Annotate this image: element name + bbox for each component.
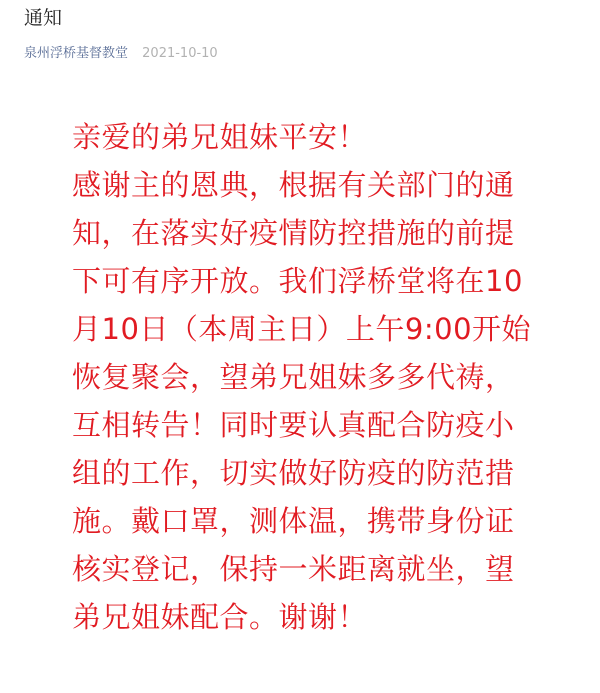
body-line: 下可有序开放。我们浮桥堂将在10 [72, 257, 542, 305]
body-line: 弟兄姐妹配合。谢谢！ [72, 593, 542, 641]
body-line: 组的工作，切实做好防疫的防范措 [72, 449, 542, 497]
body-line: 互相转告！同时要认真配合防疫小 [72, 401, 542, 449]
body-line: 亲爱的弟兄姐妹平安！ [72, 113, 542, 161]
body-line: 月10日（本周主日）上午9:00开始 [72, 305, 542, 353]
body-line: 感谢主的恩典，根据有关部门的通 [72, 161, 542, 209]
author-link[interactable]: 泉州浮桥基督教堂 [24, 46, 128, 61]
article-meta: 泉州浮桥基督教堂 2021-10-10 [24, 46, 218, 62]
publish-date: 2021-10-10 [142, 46, 218, 61]
article-header: 通知 泉州浮桥基督教堂 2021-10-10 [24, 6, 218, 62]
body-line: 施。戴口罩，测体温，携带身份证 [72, 497, 542, 545]
body-line: 恢复聚会，望弟兄姐妹多多代祷， [72, 353, 542, 401]
body-line: 知，在落实好疫情防控措施的前提 [72, 209, 542, 257]
body-line: 核实登记，保持一米距离就坐，望 [72, 545, 542, 593]
article-body: 亲爱的弟兄姐妹平安！ 感谢主的恩典，根据有关部门的通 知，在落实好疫情防控措施的… [72, 113, 542, 641]
article-title: 通知 [24, 6, 218, 30]
